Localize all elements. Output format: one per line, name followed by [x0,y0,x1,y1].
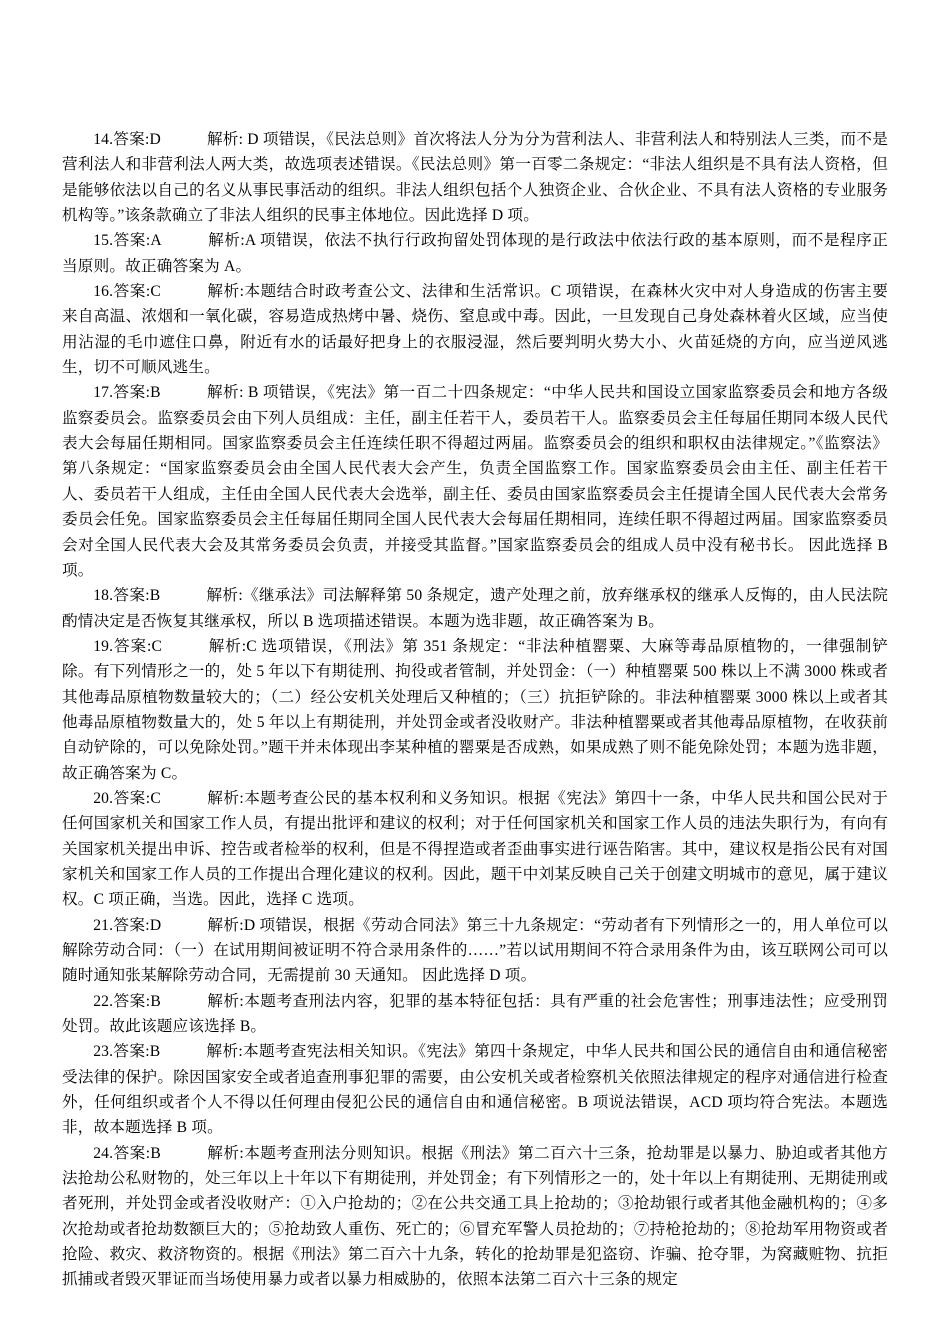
document-page: 14.答案:D解析: D 项错误，《民法总则》首次将法人分为分为营利法人、非营利… [0,0,950,1344]
answer-value: 17.答案:B [93,384,161,401]
answer-item-15: 15.答案:A解析:A 项错误，依法不执行行政拘留处罚体现的是行政法中依法行政的… [62,228,888,279]
answer-analysis-gap [160,1055,206,1056]
analysis-text: 解析:A 项错误，依法不执行行政拘留处罚体现的是行政法中依法行政的基本原则，而不… [62,232,888,274]
answer-item-14: 14.答案:D解析: D 项错误，《民法总则》首次将法人分为分为营利法人、非营利… [62,127,888,228]
analysis-text: 解析:本题考查刑法分则知识。根据《刑法》第二百六十三条，抢劫罪是以暴力、胁迫或者… [62,1145,888,1289]
analysis-text: 解析:C 选项错误，《刑法》第 351 条规定：“非法种植罂粟、大麻等毒品原植物… [62,638,888,782]
analysis-text: 解析:D 项错误，根据《劳动合同法》第三十九条规定：“劳动者有下列情形之一的，用… [62,917,888,985]
answer-value: 16.答案:C [93,283,161,300]
answer-item-21: 21.答案:D解析:D 项错误，根据《劳动合同法》第三十九条规定：“劳动者有下列… [62,913,888,989]
answer-value: 22.答案:B [93,993,161,1010]
answer-analysis-gap [161,396,207,397]
answer-analysis-gap [161,1005,207,1006]
answer-item-19: 19.答案:C解析:C 选项错误，《刑法》第 351 条规定：“非法种植罂粟、大… [62,634,888,786]
answer-analysis-gap [161,295,207,296]
analysis-text: 解析:本题结合时政考查公文、法律和生活常识。C 项错误，在森林火灾中对人身造成的… [62,283,888,376]
answer-analysis-gap [161,802,207,803]
answer-value: 15.答案:A [93,232,162,249]
answer-value: 24.答案:B [93,1145,161,1162]
answer-item-18: 18.答案:B解析:《继承法》司法解释第 50 条规定，遗产处理之前，放弃继承权… [62,583,888,634]
answer-item-20: 20.答案:C解析:本题考查公民的基本权利和义务知识。根据《宪法》第四十一条，中… [62,786,888,913]
answer-value: 19.答案:C [93,638,162,655]
analysis-text: 解析: B 项错误，《宪法》第一百二十四条规定：“中华人民共和国设立国家监察委员… [62,384,888,578]
answer-item-24: 24.答案:B解析:本题考查刑法分则知识。根据《刑法》第二百六十三条，抢劫罪是以… [62,1141,888,1293]
answer-value: 23.答案:B [93,1043,160,1060]
answer-value: 21.答案:D [93,917,161,934]
answer-value: 20.答案:C [93,790,161,807]
answer-analysis-gap [161,143,207,144]
answer-item-17: 17.答案:B解析: B 项错误，《宪法》第一百二十四条规定：“中华人民共和国设… [62,380,888,583]
answer-analysis-gap [161,1157,207,1158]
answer-analysis-gap [162,650,208,651]
answer-value: 14.答案:D [93,131,161,148]
answer-analysis-gap [160,599,206,600]
answer-analysis-gap [162,244,208,245]
analysis-text: 解析:《继承法》司法解释第 50 条规定，遗产处理之前，放弃继承权的继承人反悔的… [62,587,888,629]
answer-item-16: 16.答案:C解析:本题结合时政考查公文、法律和生活常识。C 项错误，在森林火灾… [62,279,888,380]
analysis-text: 解析:本题考查公民的基本权利和义务知识。根据《宪法》第四十一条，中华人民共和国公… [62,790,888,908]
analysis-text: 解析: D 项错误，《民法总则》首次将法人分为分为营利法人、非营利法人和特别法人… [62,131,888,224]
answer-item-23: 23.答案:B解析:本题考查宪法相关知识。《宪法》第四十条规定，中华人民共和国公… [62,1039,888,1140]
analysis-text: 解析:本题考查刑法内容，犯罪的基本特征包括：具有严重的社会危害性；刑事违法性；应… [62,993,888,1035]
answer-item-22: 22.答案:B解析:本题考查刑法内容，犯罪的基本特征包括：具有严重的社会危害性；… [62,989,888,1040]
answers-list: 14.答案:D解析: D 项错误，《民法总则》首次将法人分为分为营利法人、非营利… [62,127,888,1293]
answer-value: 18.答案:B [93,587,160,604]
analysis-text: 解析:本题考查宪法相关知识。《宪法》第四十条规定，中华人民共和国公民的通信自由和… [62,1043,888,1136]
answer-analysis-gap [161,929,207,930]
